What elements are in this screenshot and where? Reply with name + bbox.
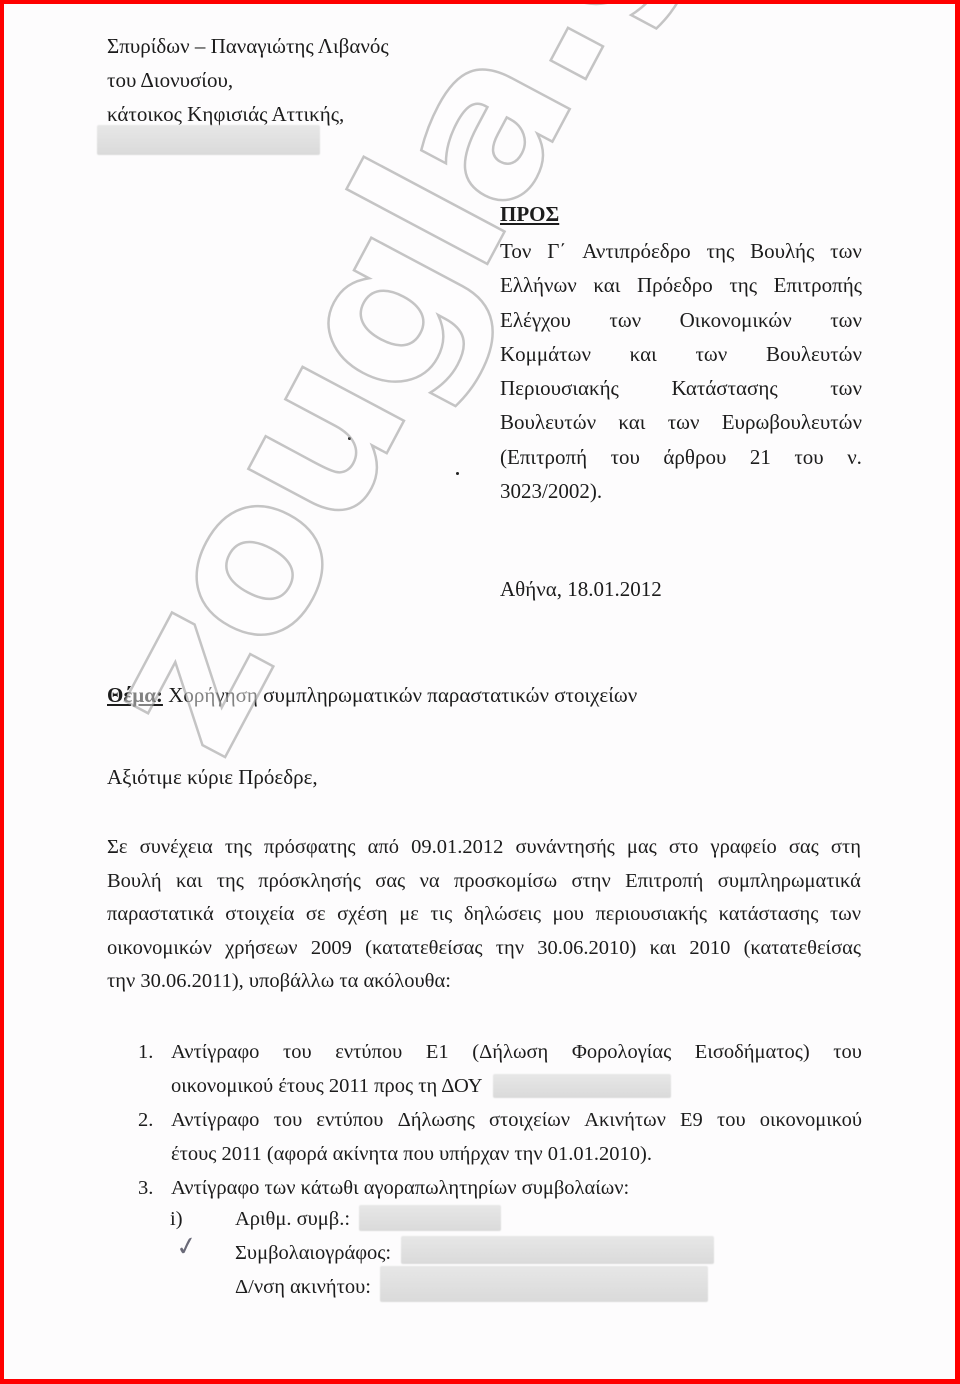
word: Αντίγραφο των κάτωθι αγοραπωλητηρίων συμ…	[171, 1171, 629, 1205]
word: της	[225, 831, 252, 865]
list-item-number: 2.	[138, 1103, 153, 1137]
letter-date: Αθήνα, 18.01.2012	[500, 577, 662, 601]
word: Ελέγχου	[500, 303, 571, 337]
word: (κατατεθείσας	[744, 932, 861, 966]
word: 21	[750, 440, 771, 474]
word: (Δήλωση	[472, 1035, 548, 1069]
word: και	[618, 405, 645, 439]
word: 3023/2002).	[500, 474, 602, 508]
word: 09.01.2012	[411, 831, 503, 865]
recipient-lines: ΤονΓ΄ΑντιπρόεδροτηςΒουλήςτωνΕλλήνωνκαιΠρ…	[500, 234, 862, 508]
recipient-line: ΤονΓ΄ΑντιπρόεδροτηςΒουλήςτων	[500, 234, 862, 268]
recipient-line: ΒουλευτώνκαιτωνΕυρωβουλευτών	[500, 405, 862, 439]
word: χρήσεων	[225, 932, 297, 966]
word: στοιχείων	[489, 1103, 570, 1137]
sender-residence: κάτοικος Κηφισιάς Αττικής,	[107, 102, 344, 126]
word: στην	[571, 865, 610, 899]
list-item-number: 3.	[138, 1171, 153, 1205]
word: εντύπου	[316, 1103, 383, 1137]
word: άρθρου	[663, 440, 726, 474]
redacted-notary	[401, 1236, 714, 1264]
word: της	[217, 865, 244, 899]
word: των	[830, 303, 862, 337]
recipient-title: ΠΡΟΣ	[500, 202, 862, 226]
word: σε	[306, 898, 326, 932]
body-line: παραστατικάστοιχείασεσχέσημετιςδηλώσειςμ…	[107, 898, 861, 932]
word: δηλώσεις	[464, 898, 541, 932]
word: εντύπου	[335, 1035, 402, 1069]
word: και	[593, 268, 620, 302]
recipient-line: (Επιτροπήτουάρθρου21τουν.	[500, 440, 862, 474]
body-paragraph: Σεσυνέχειατηςπρόσφατηςαπό09.01.2012συνάν…	[107, 831, 861, 999]
redacted-sender-address	[97, 125, 320, 155]
word: γραφείο	[711, 831, 777, 865]
word: του	[283, 1035, 312, 1069]
word: Βουλευτών	[766, 337, 862, 371]
redacted-contract-number	[359, 1205, 501, 1231]
word: Επιτροπής	[774, 268, 862, 302]
word: την 30.06.2011), υποβάλλω τα ακόλουθα:	[107, 965, 451, 999]
word: Βουλής	[750, 234, 814, 268]
redacted-tax-office	[493, 1074, 671, 1098]
recipient-line: ΕλλήνωνκαιΠρόεδροτηςΕπιτροπής	[500, 268, 862, 302]
word: Αντιπρόεδρο	[582, 234, 690, 268]
redacted-property-address	[380, 1266, 708, 1302]
word: Ε1	[426, 1035, 449, 1069]
word: να	[420, 865, 440, 899]
word: Πρόεδρο	[637, 268, 713, 302]
word: και	[176, 865, 202, 899]
word: την	[496, 932, 524, 966]
word: Σε	[107, 831, 128, 865]
word: Εισοδήματος)	[695, 1035, 810, 1069]
recipient-line: ΠεριουσιακήςΚατάστασηςτων	[500, 371, 862, 405]
list-item: 2.ΑντίγραφοτουεντύπουΔήλωσηςστοιχείωνΑκι…	[138, 1103, 862, 1171]
word: Οικονομικών	[680, 303, 792, 337]
sender-father: του Διονυσίου,	[107, 68, 233, 92]
word: από	[368, 831, 399, 865]
list-item-line: ΑντίγραφοτουεντύπουΔήλωσηςστοιχείωνΑκινή…	[171, 1103, 862, 1137]
notary-label: Συμβολαιογράφος:	[235, 1241, 391, 1265]
handwritten-check-icon: ✓	[174, 1230, 201, 1263]
word: Βουλή	[107, 865, 162, 899]
word: 2010	[689, 932, 730, 966]
list-item: 3.Αντίγραφο των κάτωθι αγοραπωλητηρίων σ…	[138, 1171, 862, 1205]
word: σας	[375, 865, 405, 899]
document-page: Σπυρίδων – Παναγιώτης Λιβανός του Διονυσ…	[4, 4, 955, 1379]
list-item-number: 1.	[138, 1035, 153, 1069]
word: σας	[789, 831, 819, 865]
word: στη	[831, 831, 861, 865]
word: Επιτροπή	[625, 865, 703, 899]
word: (κατατεθείσας	[365, 932, 482, 966]
list-item-line: Αντίγραφο των κάτωθι αγοραπωλητηρίων συμ…	[171, 1171, 862, 1205]
word: του	[833, 1035, 862, 1069]
word: 2009	[311, 932, 352, 966]
word: των	[830, 371, 862, 405]
word: Γ΄	[547, 234, 566, 268]
subject-label: Θέμα:	[107, 683, 163, 707]
word: (Επιτροπή	[500, 440, 587, 474]
word: του	[717, 1103, 746, 1137]
word: της	[729, 268, 757, 302]
word: Κατάστασης	[671, 371, 777, 405]
word: συνέχεια	[140, 831, 213, 865]
word: μας	[627, 831, 657, 865]
word: παραστατικά	[107, 898, 214, 932]
word: των	[668, 405, 700, 439]
word: των	[830, 234, 862, 268]
body-line: την 30.06.2011), υποβάλλω τα ακόλουθα:	[107, 965, 861, 999]
greeting: Αξιότιμε κύριε Πρόεδρε,	[107, 765, 318, 789]
word: Ευρωβουλευτών	[722, 405, 862, 439]
recipient-line: ΚομμάτωνκαιτωνΒουλευτών	[500, 337, 862, 371]
word: της	[707, 234, 735, 268]
contract-index: i)	[170, 1207, 183, 1231]
word: των	[695, 337, 727, 371]
word: έτους 2011 (αφορά ακίνητα που υπήρχαν τη…	[171, 1137, 652, 1171]
word: του	[611, 440, 640, 474]
list-item: 1.ΑντίγραφοτουεντύπουΕ1(ΔήλωσηΦορολογίας…	[138, 1035, 862, 1103]
list-item-line: έτους 2011 (αφορά ακίνητα που υπήρχαν τη…	[171, 1137, 862, 1171]
word: 30.06.2010)	[537, 932, 636, 966]
word: των	[609, 303, 641, 337]
recipient-line: ΕλέγχουτωνΟικονομικώντων	[500, 303, 862, 337]
word: και	[630, 337, 657, 371]
scan-speck	[348, 437, 351, 440]
word: Ε9	[680, 1103, 703, 1137]
word: με	[399, 898, 419, 932]
word: Αντίγραφο	[171, 1103, 259, 1137]
word: ν.	[847, 440, 862, 474]
word: τις	[430, 898, 452, 932]
contract-number-label: Αριθμ. συμβ.:	[235, 1207, 350, 1231]
word: σχέση	[337, 898, 388, 932]
word: Φορολογίας	[572, 1035, 671, 1069]
body-line: Βουλήκαιτηςπρόσκλησήςσαςναπροσκομίσωστην…	[107, 865, 861, 899]
word: Περιουσιακής	[500, 371, 619, 405]
word: Αντίγραφο	[171, 1035, 259, 1069]
word: του	[794, 440, 823, 474]
word: πρόσκλησής	[258, 865, 361, 899]
word: κατάστασης	[719, 898, 819, 932]
word: στο	[669, 831, 699, 865]
word: Ελλήνων	[500, 268, 577, 302]
word: μου	[553, 898, 584, 932]
word: Ακινήτων	[584, 1103, 666, 1137]
word: Βουλευτών	[500, 405, 596, 439]
word: Δήλωσης	[398, 1103, 475, 1137]
word: πρόσφατης	[264, 831, 356, 865]
word: οικονομικού	[760, 1103, 862, 1137]
word: Κομμάτων	[500, 337, 591, 371]
word: προσκομίσω	[454, 865, 557, 899]
word: Τον	[500, 234, 531, 268]
recipient-block: ΠΡΟΣ ΤονΓ΄ΑντιπρόεδροτηςΒουλήςτωνΕλλήνων…	[500, 202, 862, 508]
word: και	[650, 932, 676, 966]
word: περιουσιακής	[595, 898, 707, 932]
word: των	[830, 898, 861, 932]
subject-line: Θέμα: Χορήγηση συμπληρωματικών παραστατι…	[107, 683, 637, 707]
sender-name: Σπυρίδων – Παναγιώτης Λιβανός	[107, 34, 389, 58]
subject-text: Χορήγηση συμπληρωματικών παραστατικών στ…	[163, 683, 637, 707]
document-list: 1.ΑντίγραφοτουεντύπουΕ1(ΔήλωσηΦορολογίας…	[138, 1035, 862, 1205]
body-line: Σεσυνέχειατηςπρόσφατηςαπό09.01.2012συνάν…	[107, 831, 861, 865]
word: του	[274, 1103, 303, 1137]
word: συνάντησής	[515, 831, 614, 865]
word: οικονομικού έτους 2011 προς τη ΔΟΥ	[171, 1069, 483, 1103]
recipient-line: 3023/2002).	[500, 474, 862, 508]
body-line: οικονομικώνχρήσεων2009(κατατεθείσαςτην30…	[107, 932, 861, 966]
list-item-line: ΑντίγραφοτουεντύπουΕ1(ΔήλωσηΦορολογίαςΕι…	[171, 1035, 862, 1069]
word: οικονομικών	[107, 932, 212, 966]
property-address-label: Δ/νση ακινήτου:	[235, 1275, 371, 1299]
word: συμπληρωματικά	[718, 865, 861, 899]
list-item-line: οικονομικού έτους 2011 προς τη ΔΟΥ	[171, 1069, 862, 1103]
word: στοιχεία	[225, 898, 294, 932]
scan-speck	[456, 472, 459, 475]
